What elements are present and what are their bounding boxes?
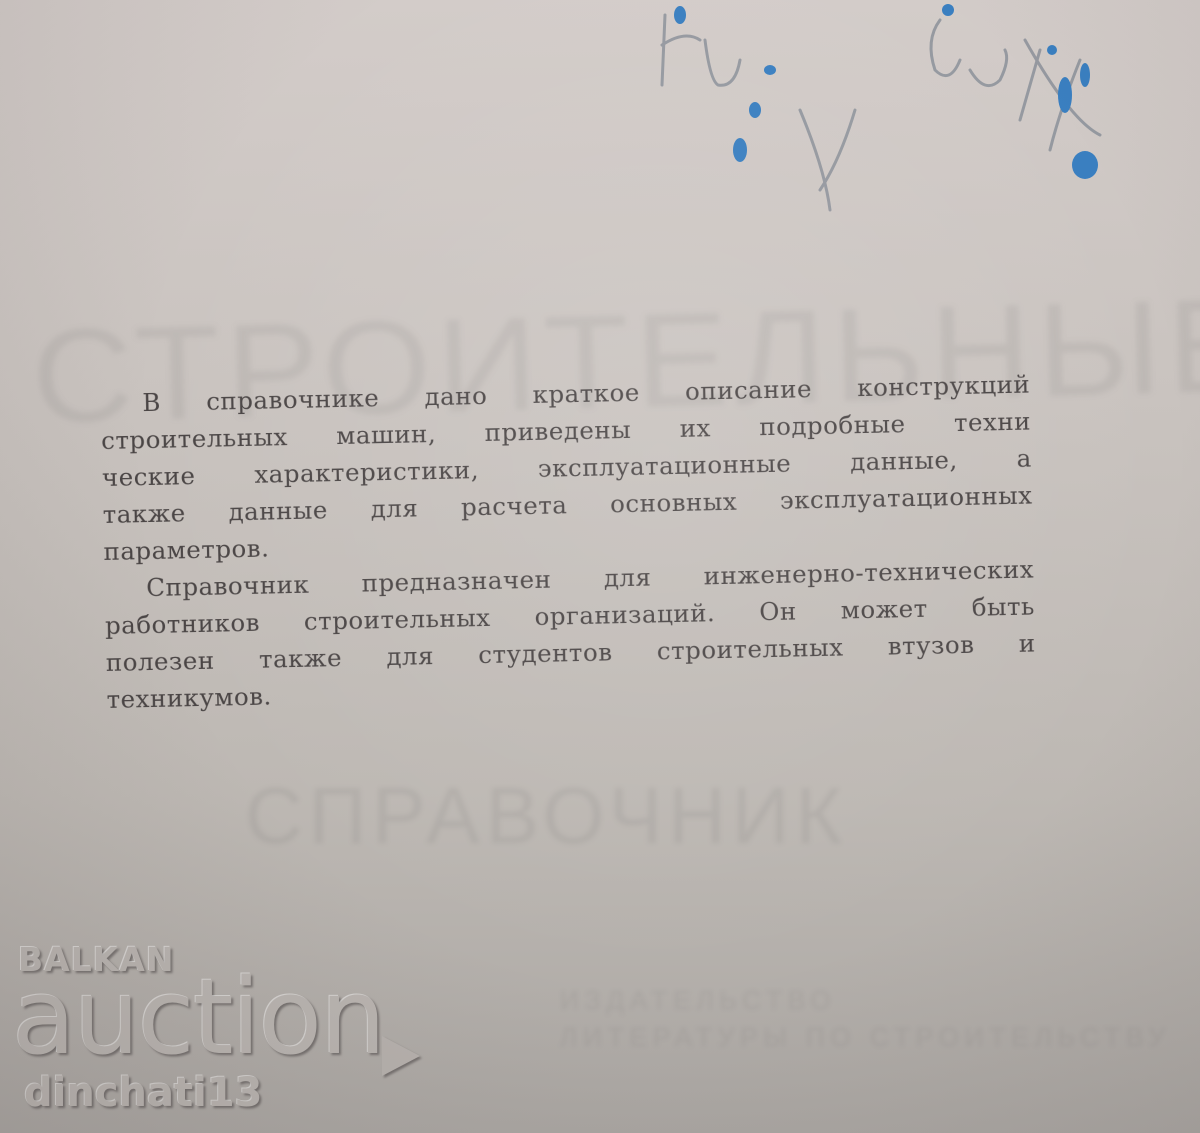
bleed-through-publisher-1: ИЗДАТЕЛЬСТВО <box>560 985 837 1016</box>
watermark-seller-name: dinchati13 <box>24 1070 263 1116</box>
watermark-brand-main: auction <box>12 956 384 1078</box>
annotation-paragraph-1: В справочнике дано краткое описание конс… <box>100 366 1034 570</box>
play-arrow-icon <box>382 1036 420 1076</box>
handwritten-note <box>640 0 1110 220</box>
scanned-page: СТРОИТЕЛЬНЫЕ МАШИНЫ СПРАВОЧНИК ИЗДАТЕЛЬС… <box>0 0 1200 1133</box>
book-annotation: В справочнике дано краткое описание конс… <box>100 366 1037 718</box>
bleed-through-subtitle: СПРАВОЧНИК <box>245 770 848 862</box>
bleed-through-publisher-2: ЛИТЕРАТУРЫ ПО СТРОИТЕЛЬСТВУ <box>560 1022 1171 1053</box>
annotation-paragraph-2: Справочник предназначен для инженерно-те… <box>104 550 1037 717</box>
